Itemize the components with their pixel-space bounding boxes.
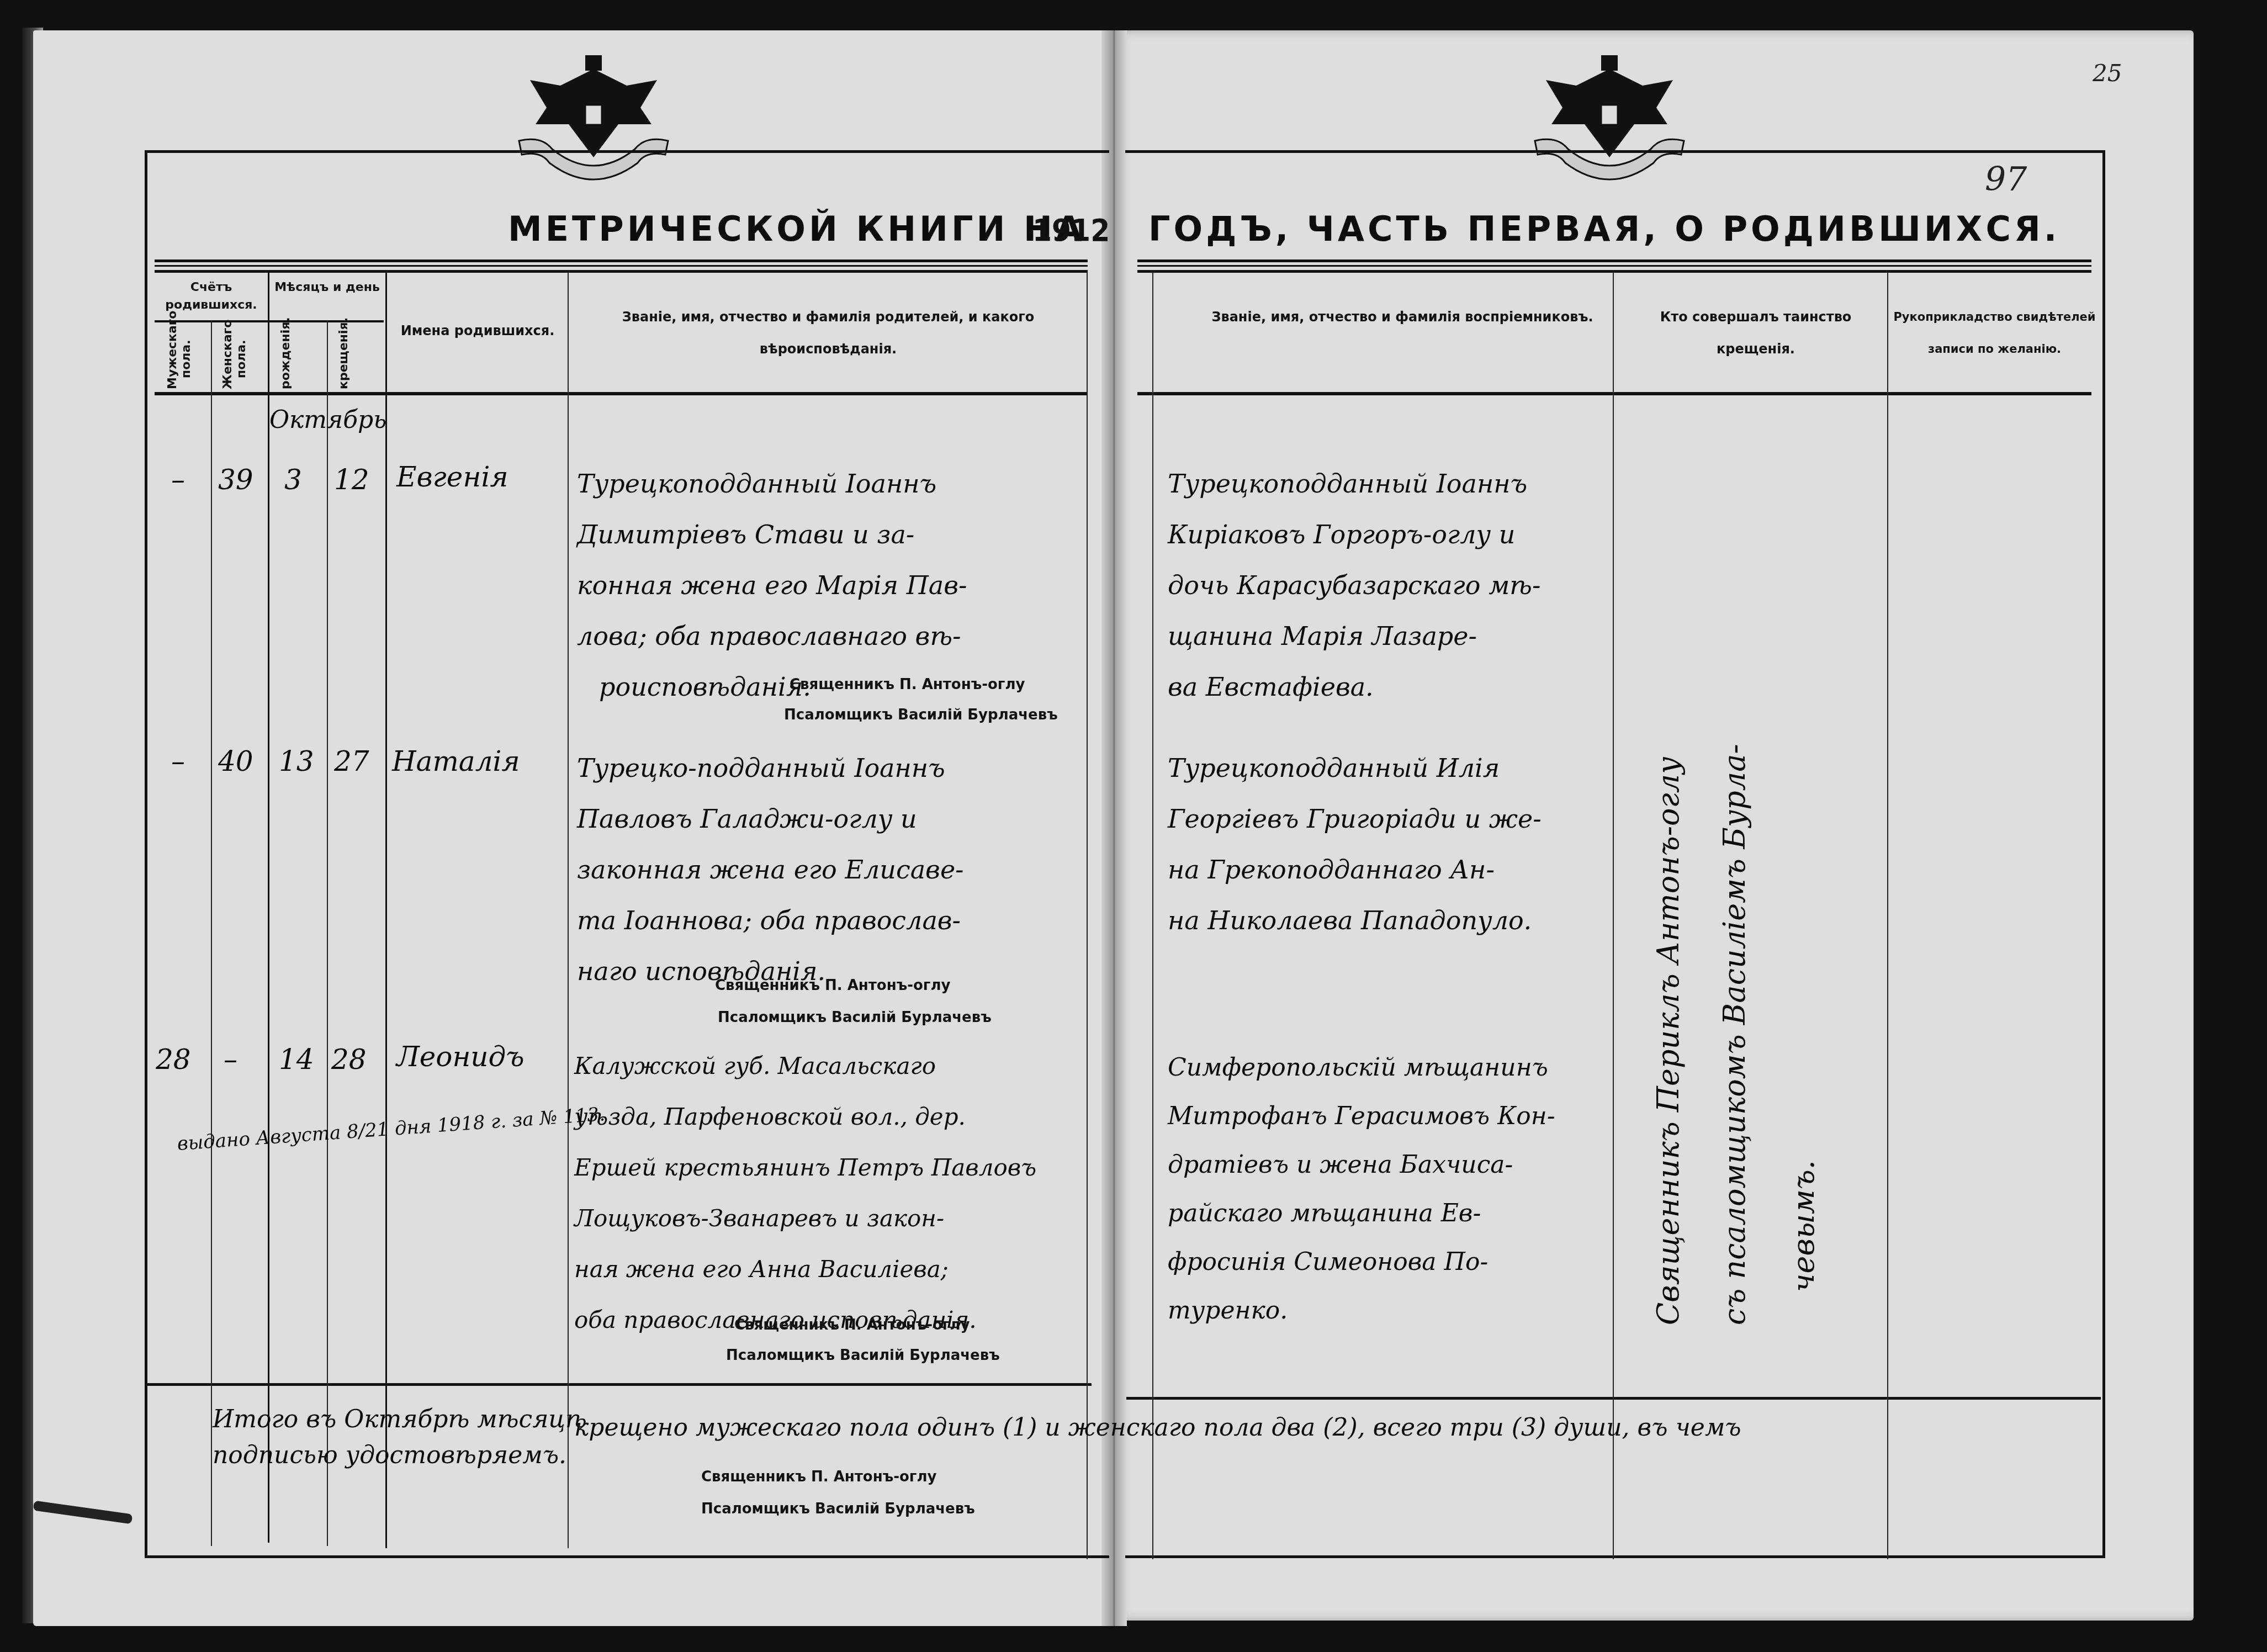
header-rule <box>1137 270 2091 273</box>
godparents-line: туренко. <box>1168 1286 1555 1335</box>
summary-priest-signature: Священникъ П. Антонъ-оглу <box>701 1469 936 1485</box>
col-divider <box>268 273 269 1543</box>
col-divider <box>568 273 569 1548</box>
header-count-group: Счётъ родившихся. <box>157 279 265 314</box>
godparents-line: щанина Марія Лазаре- <box>1168 611 1540 661</box>
parents-line: Турецко-подданный Іоаннъ <box>577 743 964 793</box>
godparents-line: дочь Карасубазарскаго мѣ- <box>1168 560 1540 611</box>
male-number: 28 <box>156 1044 191 1076</box>
header-godparents: Званіе, имя, отчество и фамилія воспріем… <box>1182 301 1623 333</box>
female-number: – <box>224 1044 237 1076</box>
godparents-line: на Николаева Пападопуло. <box>1168 895 1542 946</box>
summary-psalmist-signature: Псаломщикъ Василій Бурлачевъ <box>701 1501 975 1517</box>
col-divider <box>385 273 387 1548</box>
header-count-male: Мужескаго пола. <box>166 329 204 389</box>
title-right: ГОДЪ, ЧАСТЬ ПЕРВАЯ, О РОДИВШИХСЯ. <box>1148 209 2060 249</box>
parents-line: лова; оба православнаго вѣ- <box>577 611 967 661</box>
birth-day: 13 <box>279 745 314 777</box>
priest-signature: Священникъ П. Антонъ-оглу <box>734 1317 970 1333</box>
header-rule <box>1137 260 2091 262</box>
col-divider <box>1887 273 1888 1559</box>
parents-line: ная жена его Анна Василіева; <box>574 1244 1036 1295</box>
priest-signature: Священникъ П. Антонъ-оглу <box>790 676 1025 693</box>
parents-line: уѣзда, Парфеновской вол., дер. <box>574 1092 1036 1142</box>
header-date-birth: рожденія. <box>279 329 317 389</box>
title-year: 1912 <box>1032 213 1110 248</box>
col-divider <box>211 320 212 1546</box>
parents-line: законная жена его Елисаве- <box>577 844 964 895</box>
parents-line: та Іоаннова; оба православ- <box>577 895 964 946</box>
baptism-day: 27 <box>334 745 369 777</box>
parents-cell: Турецко-подданный Іоаннъ Павловъ Галаджи… <box>577 743 964 997</box>
header-names: Имена родившихся. <box>389 315 566 347</box>
header-rule <box>155 270 1088 273</box>
parents-line: Калужской губ. Масальскаго <box>574 1041 1036 1092</box>
godparents-cell: Турецкоподданный Илія Георгіевъ Григоріа… <box>1168 743 1542 946</box>
parents-line: Димитріевъ Стави и за- <box>577 509 967 560</box>
male-number: – <box>171 464 185 496</box>
header-bottom-rule <box>1137 392 2091 395</box>
performed-by-line-3: чевымъ. <box>1786 1093 1821 1292</box>
col-divider <box>327 320 328 1546</box>
parents-line: Павловъ Галаджи-оглу и <box>577 793 964 844</box>
psalmist-signature: Псаломщикъ Василій Бурлачевъ <box>726 1347 1000 1364</box>
godparents-line: на Грекоподданнаго Ан- <box>1168 844 1542 895</box>
title-left: МЕТРИЧЕСКОЙ КНИГИ НА <box>508 209 1085 249</box>
performed-by-line-1: Священникъ Периклъ Антонъ-оглу <box>1651 541 1686 1325</box>
godparents-line: Турецкоподданный Іоаннъ <box>1168 458 1540 509</box>
performed-by-line-2: съ псаломщикомъ Василіемъ Бурла- <box>1717 530 1752 1325</box>
parents-cell: Турецкоподданный Іоаннъ Димитріевъ Стави… <box>577 458 967 712</box>
parents-line: Турецкоподданный Іоаннъ <box>577 458 967 509</box>
col-divider <box>1613 273 1614 1559</box>
col-divider <box>1152 273 1153 1559</box>
page-number: 25 <box>2093 60 2122 87</box>
header-witnesses: Рукоприкладство свидѣтелей записи по жел… <box>1891 301 2098 365</box>
header-date-group: Мѣсяцъ и день <box>271 279 384 296</box>
col-divider <box>1087 273 1088 1559</box>
child-name: Наталія <box>392 745 520 777</box>
header-performed-by: Кто совершалъ таинство крещенія. <box>1618 301 1894 365</box>
header-parents: Званіе, имя, отчество и фамилія родителе… <box>574 301 1082 365</box>
header-count-female: Женскаго пола. <box>221 329 259 389</box>
birth-day: 3 <box>284 464 302 496</box>
godparents-line: Георгіевъ Григоріади и же- <box>1168 793 1542 844</box>
baptism-day: 12 <box>334 464 369 496</box>
header-bottom-rule <box>155 392 1088 395</box>
parents-line: Лощуковъ-Званаревъ и закон- <box>574 1193 1036 1244</box>
summary-left-line-2: подписью удостовѣряемъ. <box>213 1441 566 1469</box>
priest-signature: Священникъ П. Антонъ-оглу <box>715 977 950 994</box>
psalmist-signature: Псаломщикъ Василій Бурлачевъ <box>718 1009 992 1026</box>
godparents-line: дратіевъ и жена Бахчиса- <box>1168 1141 1555 1189</box>
child-name: Евгенія <box>396 461 509 493</box>
birth-day: 14 <box>279 1044 314 1076</box>
female-number: 39 <box>218 464 253 496</box>
baptism-day: 28 <box>331 1044 367 1076</box>
month-label: Октябрь <box>269 406 386 434</box>
child-name: Леонидъ <box>396 1041 525 1073</box>
header-date-baptism: крещенія. <box>337 329 375 389</box>
godparents-line: фросинія Симеонова По- <box>1168 1238 1555 1286</box>
male-number: – <box>171 745 185 777</box>
header-rule <box>1137 265 2091 267</box>
godparents-line: райскаго мѣщанина Ев- <box>1168 1189 1555 1238</box>
header-rule <box>155 260 1088 262</box>
parents-cell: Калужской губ. Масальскаго уѣзда, Парфен… <box>574 1041 1036 1346</box>
godparents-line: Митрофанъ Герасимовъ Кон- <box>1168 1092 1555 1141</box>
summary-rule <box>145 1383 1092 1386</box>
godparents-cell: Турецкоподданный Іоаннъ Киріаковъ Горгор… <box>1168 458 1540 712</box>
summary-left-line-1: Итого въ Октябрѣ мѣсяцѣ <box>213 1405 587 1433</box>
female-number: 40 <box>218 745 253 777</box>
godparents-line: ва Евстафіева. <box>1168 661 1540 712</box>
godparents-line: Симферопольскій мѣщанинъ <box>1168 1044 1555 1092</box>
godparents-cell: Симферопольскій мѣщанинъ Митрофанъ Герас… <box>1168 1044 1555 1335</box>
godparents-line: Киріаковъ Горгоръ-оглу и <box>1168 509 1540 560</box>
parents-line: конная жена его Марія Пав- <box>577 560 967 611</box>
header-rule <box>155 265 1088 267</box>
psalmist-signature: Псаломщикъ Василій Бурлачевъ <box>784 707 1058 723</box>
parents-line: Ершей крестьянинъ Петръ Павловъ <box>574 1142 1036 1193</box>
godparents-line: Турецкоподданный Илія <box>1168 743 1542 793</box>
summary-statement: крещено мужескаго пола одинъ (1) и женск… <box>574 1413 1741 1442</box>
